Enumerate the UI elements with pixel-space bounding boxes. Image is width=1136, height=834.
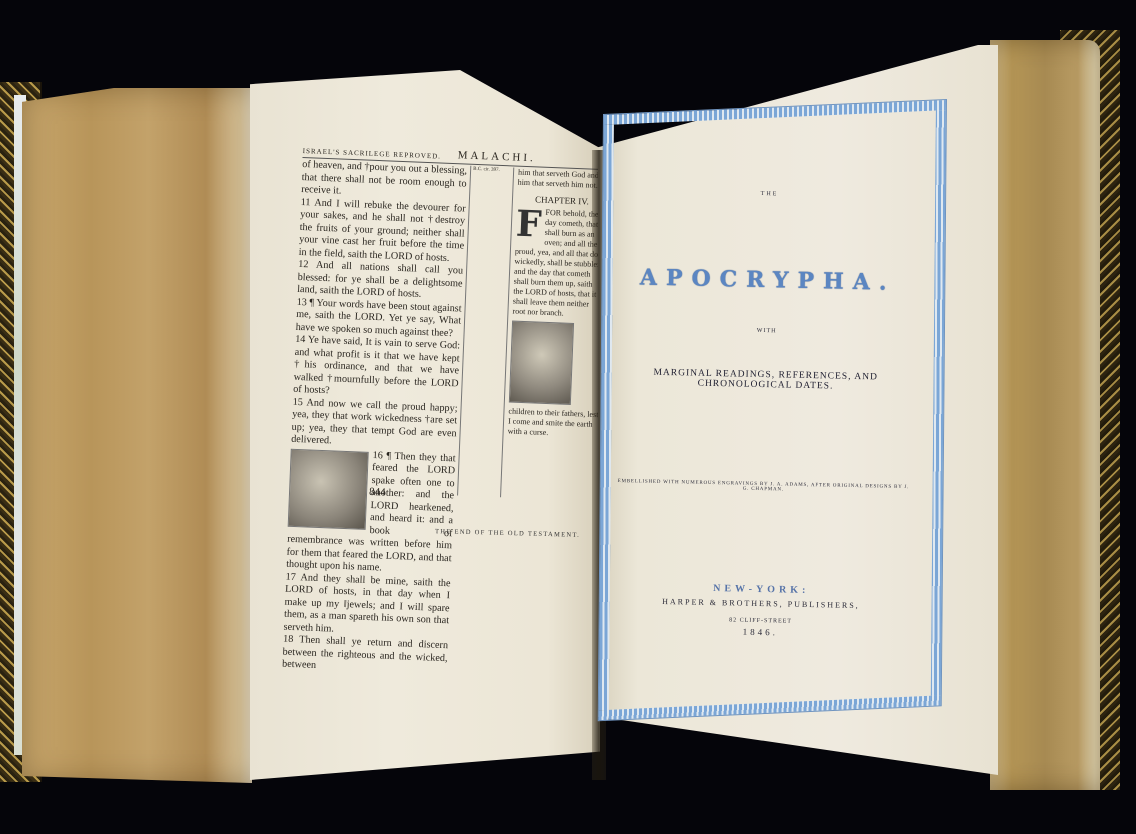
title-the: THE: [619, 188, 919, 200]
open-book-photo: ISRAEL'S SACRILEGE REPROVED. MALACHI. of…: [0, 0, 1136, 834]
main-column: of heaven, and †pour you out a blessing,…: [282, 159, 467, 678]
apocrypha-title-page: THE APOCRYPHA. WITH MARGINAL READINGS, R…: [610, 170, 920, 676]
imprint-publisher: HARPER & BROTHERS, PUBLISHERS,: [611, 596, 911, 611]
engraving-credits: EMBELLISHED WITH NUMEROUS ENGRAVINGS BY …: [613, 479, 913, 495]
verse: of heaven, and †pour you out a blessing,…: [301, 159, 467, 203]
right-column-text: children to their fathers, lest I come a…: [507, 406, 598, 440]
malachi-text-block: ISRAEL'S SACRILEGE REPROVED. MALACHI. of…: [289, 145, 603, 517]
ornamental-drop-cap: F: [515, 207, 542, 242]
verse: 11 And I will rebuke the devourer for yo…: [298, 196, 465, 265]
title-with: WITH: [617, 325, 917, 337]
engraving-figure-illustration: [509, 321, 574, 405]
verse: 12 And all nations shall call you blesse…: [297, 259, 463, 303]
title-apocrypha: APOCRYPHA.: [617, 264, 917, 296]
verse: 13 ¶ Your words have been stout against …: [295, 296, 461, 340]
left-gilt-page-stack: [22, 88, 252, 783]
verse: 18 Then shall ye return and discern betw…: [282, 634, 448, 678]
verse: 17 And they shall be mine, saith the LOR…: [283, 571, 450, 640]
engraving-prophet-illustration: [288, 448, 369, 529]
imprint-year: 1846.: [610, 624, 910, 640]
page-number: 844: [369, 486, 386, 499]
right-gilt-page-stack: [990, 40, 1100, 790]
verse: 15 And now we call the proud happy; yea,…: [291, 396, 458, 453]
margin-references: B.C. cir. 397.: [457, 166, 514, 497]
imprint-city: NEW-YORK:: [611, 581, 911, 598]
margin-refs-header: B.C. cir. 397.: [473, 166, 511, 175]
verse: 14 Ye have said, It is vain to serve God…: [293, 334, 460, 403]
running-head-book: MALACHI.: [457, 149, 536, 165]
title-subtitle: MARGINAL READINGS, REFERENCES, AND CHRON…: [615, 367, 915, 393]
